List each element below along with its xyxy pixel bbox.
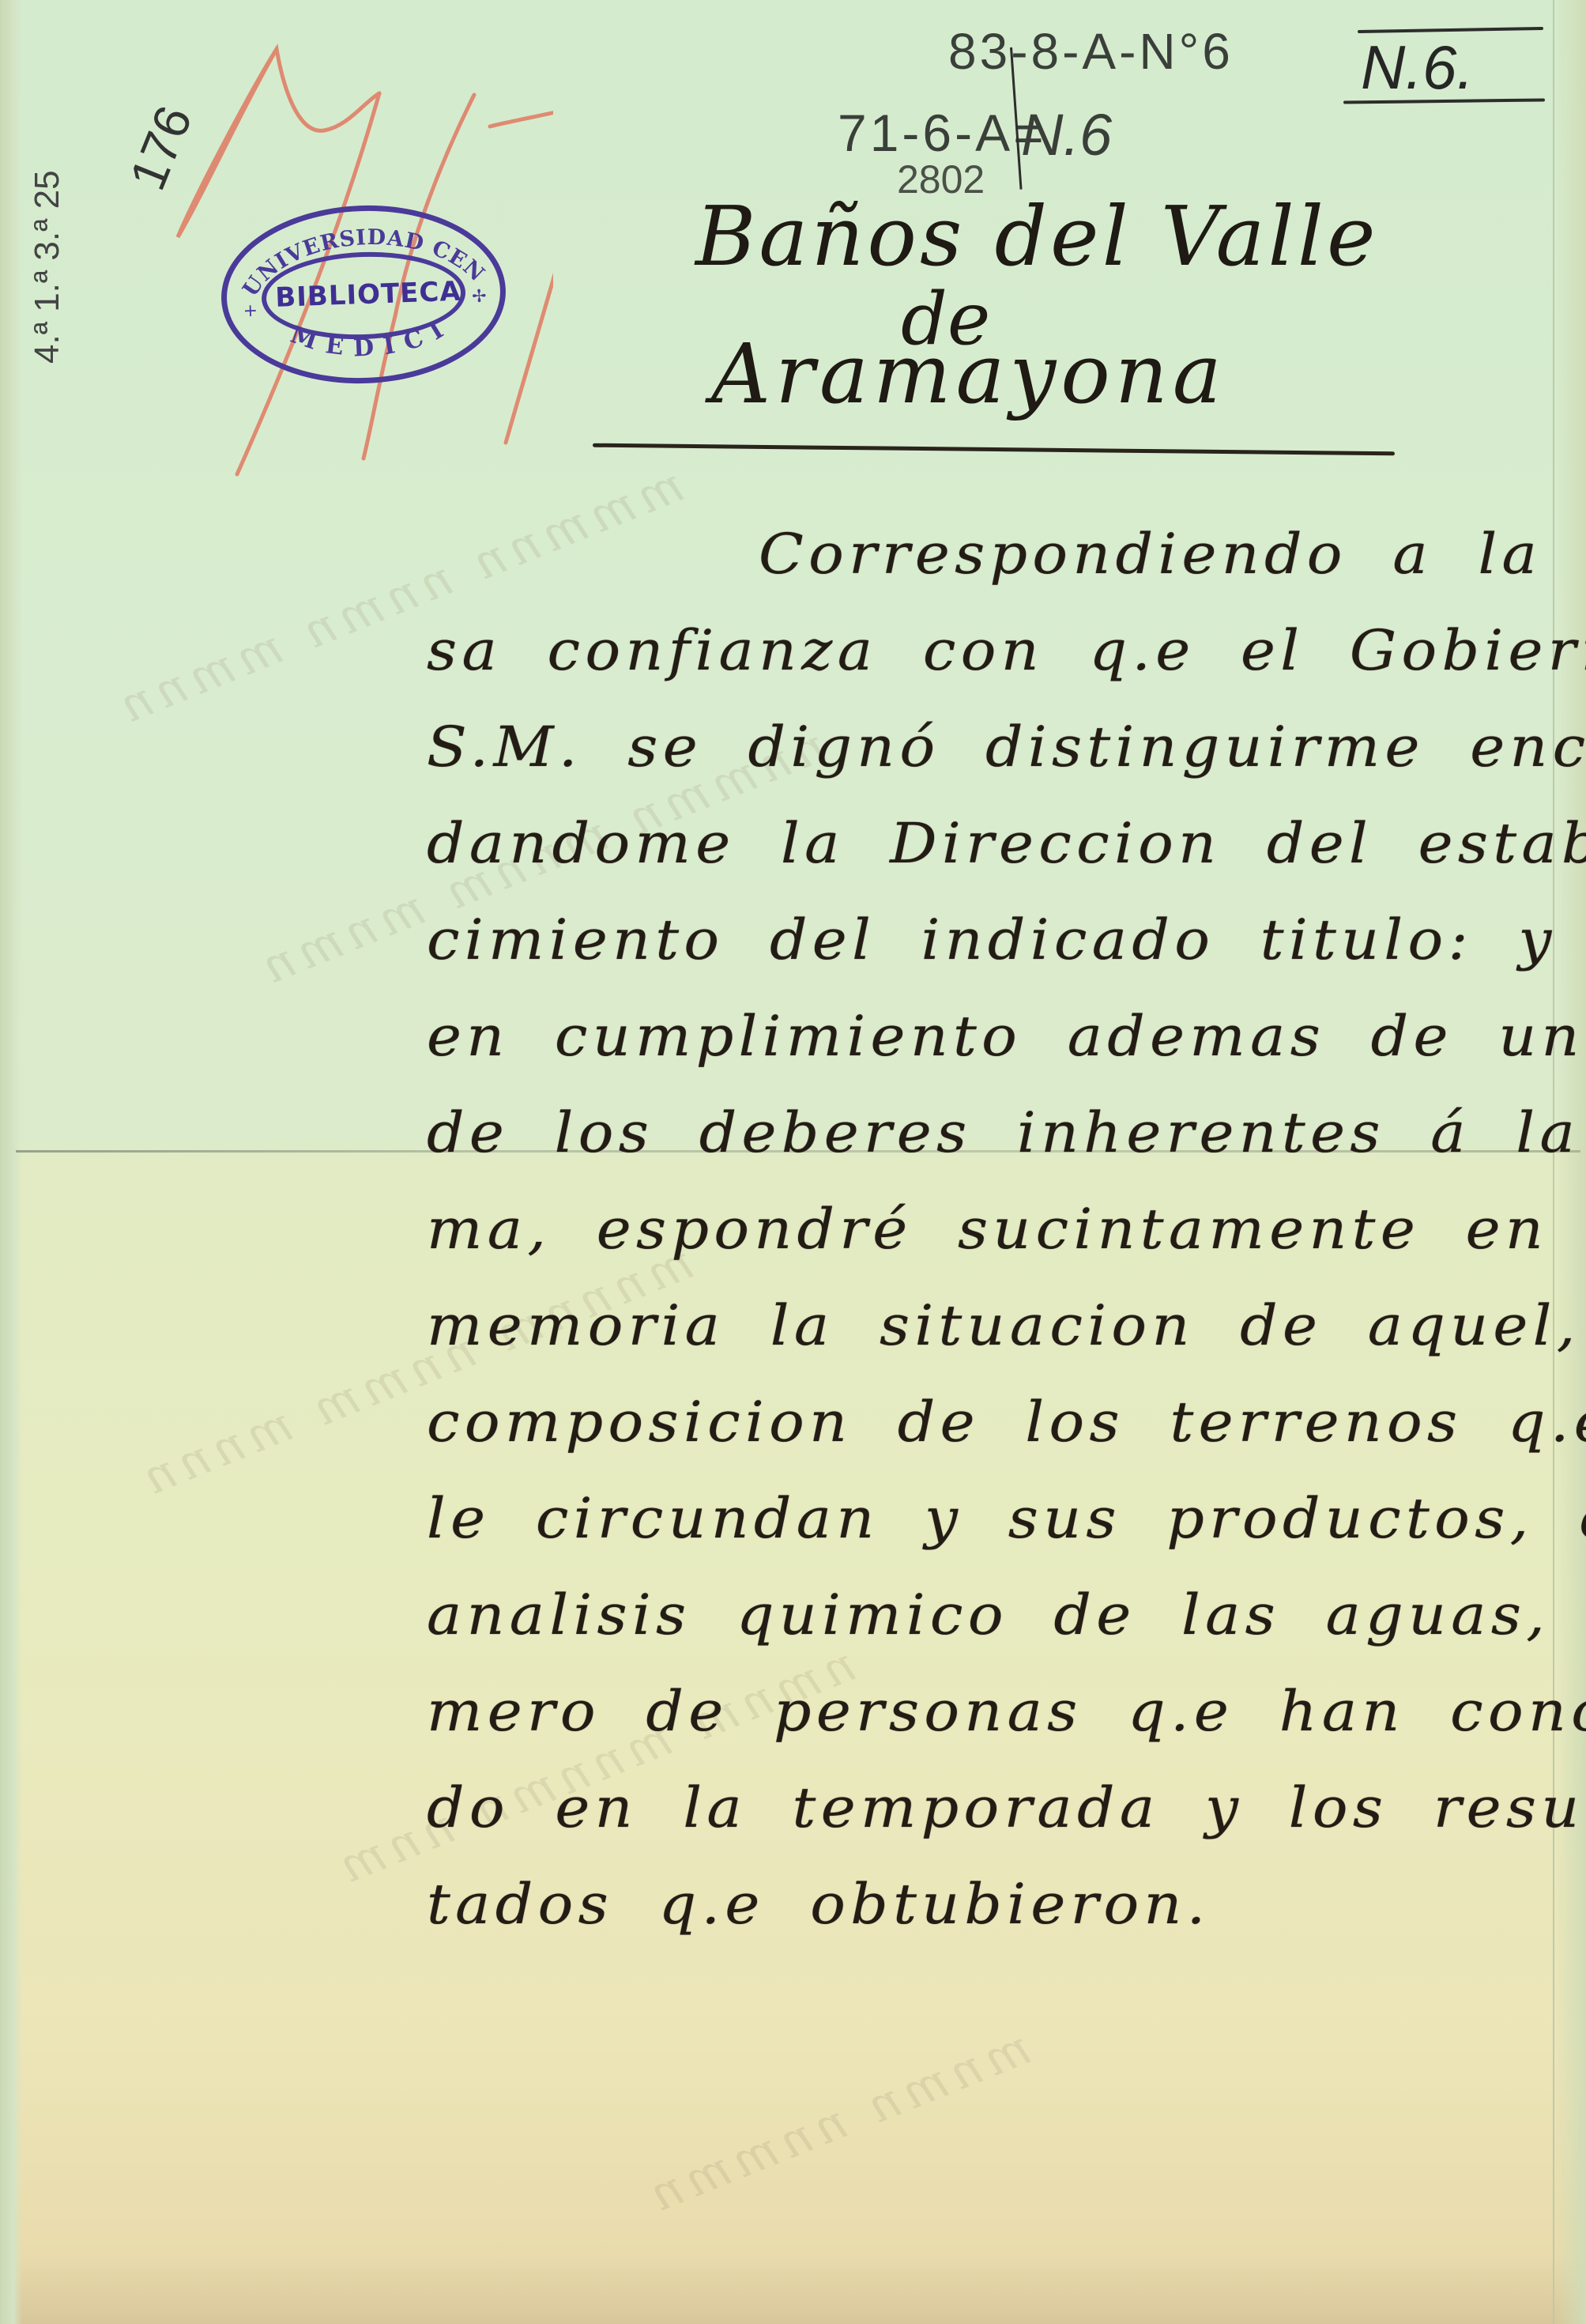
body-line: le circundan y sus productos, el <box>427 1486 1586 1551</box>
bleed-through-text: mnmn nnmmn <box>637 2020 1038 2225</box>
svg-text:✢: ✢ <box>472 287 487 307</box>
shelfmark-2-number: N.6 <box>1021 101 1112 168</box>
library-stamp: UNIVERSIDAD CENTRAL MEDICINA + ✢ BIBLIOT… <box>218 201 509 388</box>
body-line: composicion de los terrenos q.e <box>427 1390 1586 1454</box>
bleed-through-text: mnnnm nnmm mnnn <box>130 1235 701 1509</box>
title-line-3: Aramayona <box>711 326 1226 422</box>
boxed-number: N.6. <box>1361 32 1474 104</box>
shelfmark-1: 83-8-A-N°6 <box>948 22 1234 81</box>
body-line: mero de personas q.e han concurri <box>427 1679 1586 1744</box>
body-line: memoria la situacion de aquel, la <box>427 1293 1586 1358</box>
body-line: analisis quimico de las aguas, nu <box>427 1583 1586 1647</box>
manuscript-page: mmmnn nnmn mmnn nnmmn mnnm mnmn mnnnm nn… <box>0 0 1586 2324</box>
body-line: S.M. se dignó distinguirme encomen <box>427 715 1586 779</box>
body-line: do en la temporada y los resul <box>427 1775 1586 1840</box>
stamp-center-text: BIBLIOTECA <box>266 275 470 314</box>
body-line: en cumplimiento ademas de uno <box>427 1004 1586 1069</box>
title-line-1: Baños del Valle <box>695 188 1379 285</box>
body-line: de los deberes inherentes á la mis <box>427 1100 1586 1165</box>
body-line: ma, espondré sucintamente en esta <box>427 1197 1586 1262</box>
body-line: dandome la Direccion del estable <box>427 811 1586 876</box>
bleed-through-text: nmnm mnnmn nnm <box>326 1636 864 1896</box>
margin-vertical-note: 4.ª 1.ª 3.ª 25 <box>28 170 67 364</box>
svg-text:+: + <box>243 301 258 322</box>
body-line: tados q.e obtubieron. <box>427 1872 1211 1937</box>
title-underline-rule <box>593 443 1395 456</box>
body-line: sa confianza con q.e el Gobierno de <box>427 618 1586 683</box>
body-line: Correspondiendo a la honro <box>759 522 1586 587</box>
body-line: cimiento del indicado titulo: y <box>427 907 1557 972</box>
